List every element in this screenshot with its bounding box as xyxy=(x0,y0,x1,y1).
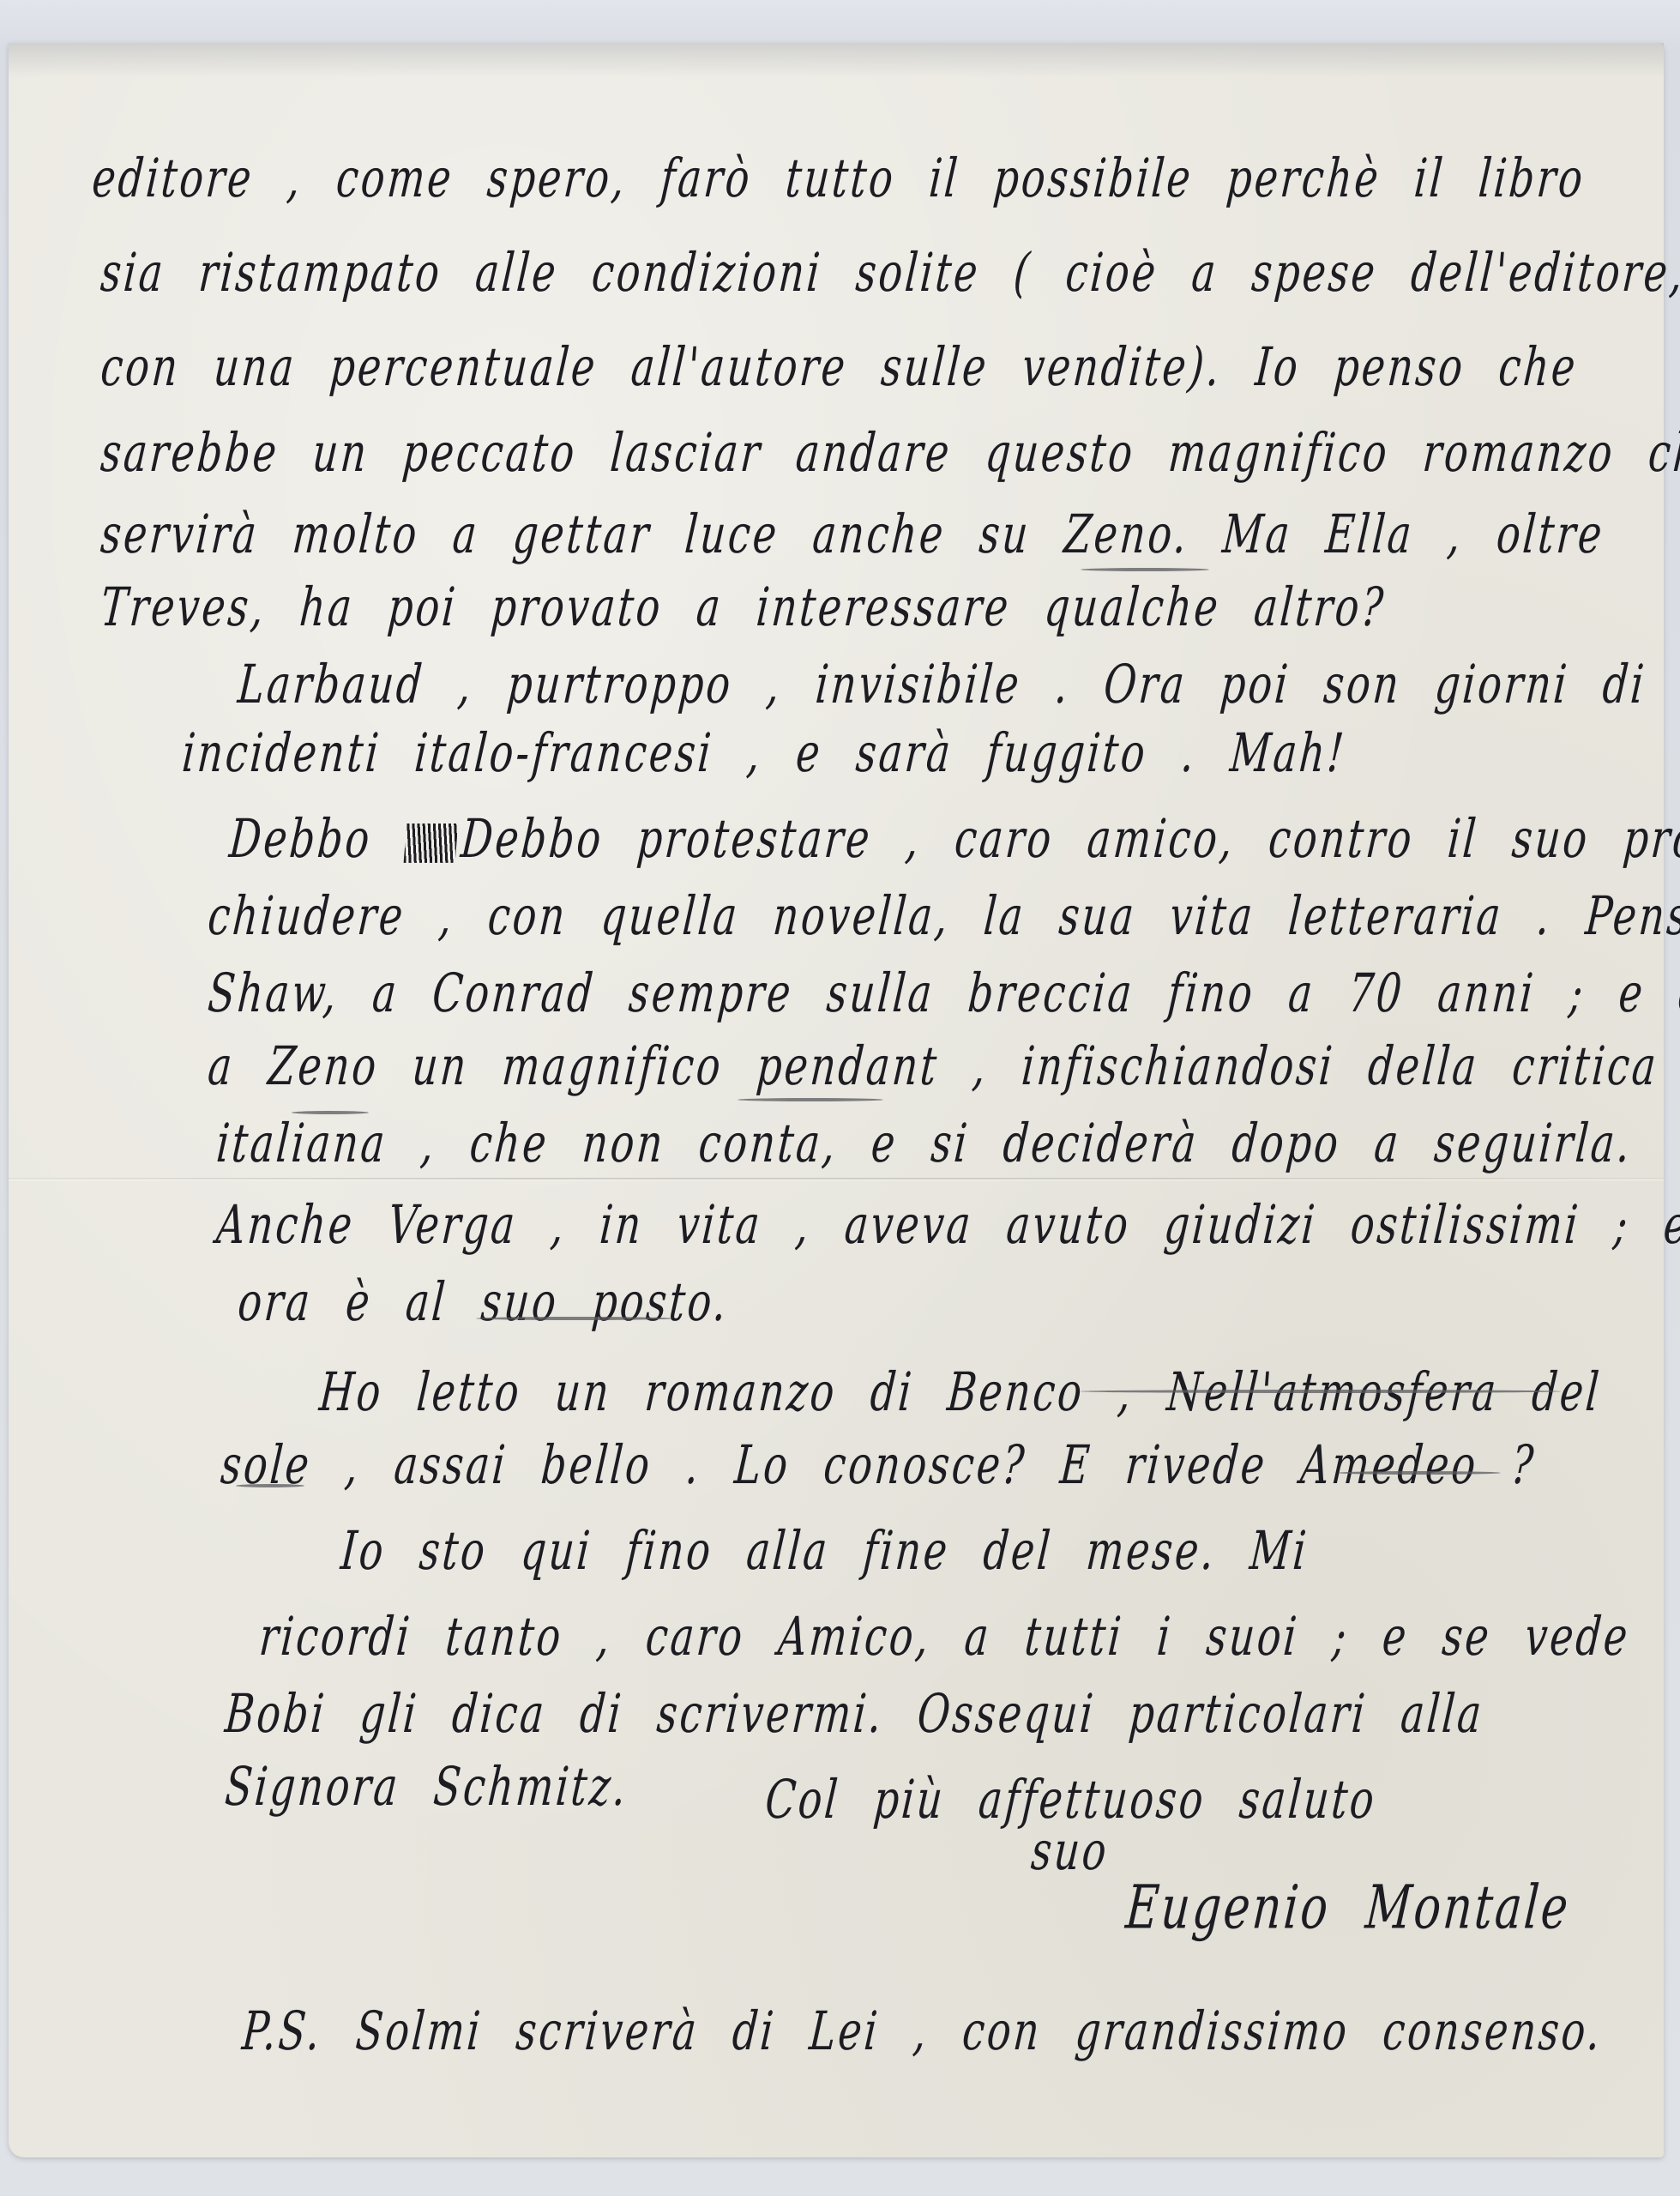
letter-page: editore , come spero, farò tutto il poss… xyxy=(9,43,1664,2157)
postscript-text: P.S. Solmi scriverà di Lei , con grandis… xyxy=(240,2000,1605,2062)
letter-postscript: P.S. Solmi scriverà di Lei , con grandis… xyxy=(9,43,1664,2157)
